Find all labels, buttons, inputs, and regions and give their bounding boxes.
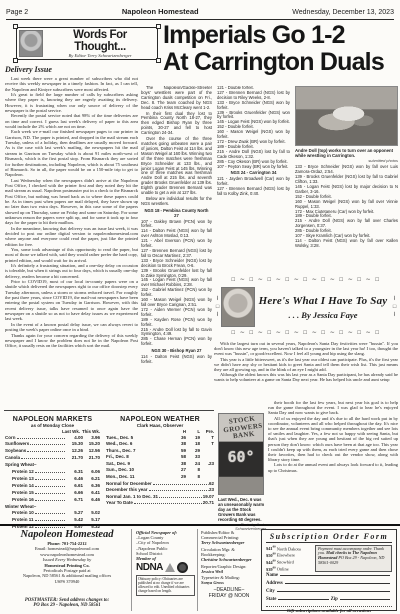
weather-summary-rows: Normal for December .62 December this ye… xyxy=(106,481,214,507)
commodity-label: Spring Wheat– xyxy=(5,462,37,469)
bank-caption-text: Last Wed., Dec. 6 was an unseasonably wa… xyxy=(218,497,264,522)
staff-name: Terry Schwartzenberger xyxy=(201,540,257,545)
article-intro: The Napoleon/Gackle-Streeter boys' wrest… xyxy=(141,86,212,207)
dot-leader xyxy=(27,451,65,452)
this-week-price: 6.21 xyxy=(83,476,100,483)
dual-2-results-part2: 121 - Double forfeit.127 - Brennen Berna… xyxy=(217,86,290,169)
high-temp: 27 xyxy=(172,467,186,474)
wrestling-photo xyxy=(295,86,398,146)
markets-row: Protein 12 6.31 6.06 xyxy=(5,469,100,476)
precip-value: T xyxy=(200,435,214,442)
summary-label: Normal Jan. 1 to Dec. 31 xyxy=(106,494,158,501)
commodity-label: Sunflowers xyxy=(5,441,29,448)
footer-rule xyxy=(0,524,400,526)
dot-leader xyxy=(35,513,65,514)
weather-summary-row: Normal Jan. 1 to Dec. 31 19.07 xyxy=(106,494,214,501)
address-field-blank xyxy=(285,583,390,584)
weather-col-low: L xyxy=(186,429,200,434)
editorial-paragraph: In the meantime, knowing that delivery w… xyxy=(5,226,138,247)
staff-name: Christine Schwartzenberger xyxy=(201,557,257,562)
precip-value: .23 xyxy=(200,461,214,468)
opinion-column-header: □ ∼ □ ∼ □ ∼ □ ∼ □ ∼ □ ∼ □ ∼ □ ∼ □ ⌇ □ ⌇ … xyxy=(214,277,398,338)
ornament-border-right: ⌇ □ ⌇ xyxy=(391,295,398,319)
headline-line-2: At Carrington Duals xyxy=(163,49,398,76)
markets-row: Canola 21.70 21.70 xyxy=(5,455,100,462)
staff-entry: Publisher/Editor & Commercial Printing: … xyxy=(201,530,257,545)
weather-summary-row: Normal for December .62 xyxy=(106,481,214,488)
last-week-price: 6.31 xyxy=(66,469,83,476)
rate-line: $4400 Snowbird xyxy=(266,558,312,565)
markets-table: NAPOLEON MARKETS as of Monday Close Last… xyxy=(5,416,100,531)
deadline-notice: –DEADLINE– FRIDAY @ NOON xyxy=(201,587,257,599)
article-column-2: 121 - Double forfeit.127 - Brennen Berna… xyxy=(217,86,290,276)
markets-row: Protein 13 6.46 6.21 xyxy=(5,476,100,483)
precip-value xyxy=(200,467,214,474)
staff-list: Publisher/Editor & Commercial Printing: … xyxy=(201,530,257,585)
opinion-column-title: Here's What I Have To Say xyxy=(255,295,391,308)
precip-value xyxy=(200,448,214,455)
rate-line: $4100 North Dakota xyxy=(266,545,312,552)
official-items: –Logan County–City of Napoleon–Napoleon … xyxy=(136,535,195,556)
dual-3-results-part2: 133 - Bryce Schneider (NGS) won by fall … xyxy=(295,165,398,248)
weather-day: Sun., Dec. 10 xyxy=(106,467,172,474)
dot-leader xyxy=(35,493,65,494)
markets-row: Soybeans 12.26 12.56 xyxy=(5,448,100,455)
weather-day: Thurs., Dec. 7 xyxy=(106,448,172,455)
masthead-staff-block: Publisher/Editor & Commercial Printing: … xyxy=(197,529,259,611)
this-week-price: 21.70 xyxy=(83,455,100,462)
dot-leader xyxy=(149,490,207,491)
editorial-paragraph: Prior to COVID19, most of our local in-c… xyxy=(5,279,138,322)
weather-day: Wed., Dec. 6 xyxy=(106,441,172,448)
editorial-article: Delivery Issue Last week there were a gr… xyxy=(5,65,138,408)
bank-sign-photo: STOCK GROWERS BANK 60° xyxy=(218,413,264,495)
markets-row: Protein 14 6.61 6.36 xyxy=(5,483,100,490)
last-week-price: 21.70 xyxy=(66,455,83,462)
editorial-body: Last week there were a great number of s… xyxy=(5,76,138,349)
editorial-paragraph: In the event of a known postal delay iss… xyxy=(5,322,138,333)
newspaper-name: Napoleon Homestead xyxy=(122,7,199,16)
dot-leader xyxy=(30,444,65,445)
weather-summary-row: December this year .23 xyxy=(106,487,214,494)
ornament-corner-icon xyxy=(156,24,161,29)
low-temp: 29 xyxy=(186,448,200,455)
headline-line-1: Imperials Go 1-2 xyxy=(163,22,398,49)
markets-subtitle: as of Monday Close xyxy=(5,423,100,428)
commodity-label: Protein 13 xyxy=(12,476,34,483)
markets-column-headers: Last Wk. This Wk. xyxy=(5,429,100,434)
page-folio: Page 2 Napoleon Homestead Wednesday, Dec… xyxy=(6,6,394,20)
subscription-title: Subscription Order Form xyxy=(266,532,392,543)
editorial-paragraph: Last week there were a great number of s… xyxy=(5,76,138,92)
last-week-price: 12.26 xyxy=(66,448,83,455)
dual-1-results: 107 - Oakley Brown (PCN) won by forfeit.… xyxy=(141,220,212,348)
last-week-price: 5.27 xyxy=(66,510,83,517)
editorial-paragraph: Thanks again for your concern regarding … xyxy=(5,333,138,349)
opinion-column-byline: . . . By Jessica Faye xyxy=(255,310,391,320)
rate-price: $50 xyxy=(266,553,273,558)
precip-value: T xyxy=(200,441,214,448)
state-field-blank xyxy=(278,599,328,600)
commodity-label: Canola xyxy=(5,455,20,462)
dot-leader xyxy=(21,458,65,459)
match-result: 285 - Chase Hernan (PCN) won by forfeit. xyxy=(141,337,212,347)
summary-value: 19.07 xyxy=(203,494,214,501)
low-temp: 8 xyxy=(186,474,200,481)
dot-leader xyxy=(17,438,66,439)
ornament-border-left: ⌇ □ ⌇ xyxy=(214,295,221,319)
summary-value: .62 xyxy=(208,481,214,488)
ornament-corner-icon xyxy=(156,58,161,63)
opinion-paragraph: their booth for the last few years, but … xyxy=(268,400,398,416)
high-temp: 59 xyxy=(172,448,186,455)
dot-leader xyxy=(35,500,65,501)
column-title: Words For Thought... xyxy=(47,29,153,53)
rate-cents: 00 xyxy=(273,558,276,562)
rate-price: $39 xyxy=(266,567,273,572)
low-temp: 18 xyxy=(186,441,200,448)
this-week-price: 6.36 xyxy=(83,483,100,490)
rate-area: North Dakota xyxy=(277,546,301,551)
payment-note: Payment must accompany order. Thank you.… xyxy=(315,545,392,573)
page-number: Page 2 xyxy=(6,9,28,16)
rate-cents: 00 xyxy=(273,565,276,569)
rate-cents: 00 xyxy=(273,551,276,555)
name-field-label: Name xyxy=(266,572,278,580)
temperature-display: 60° xyxy=(219,448,263,466)
staff-entry: Reporter/Graphic Design: Jessica Weil xyxy=(201,564,257,574)
markets-row: Spring Wheat– xyxy=(5,462,100,469)
masthead-contact-block: Napoleon Homestead Phone: 701-754-2212 E… xyxy=(3,529,131,611)
rate-line: $3900 Online xyxy=(266,565,312,572)
commodity-label: Protein 16 xyxy=(12,497,34,504)
editorial-title: Delivery Issue xyxy=(5,65,138,75)
weather-day: Fri., Dec. 8 xyxy=(106,454,172,461)
staff-role: Circulation Mgr. & Bookkeeping: xyxy=(201,547,257,557)
rate-price: $41 xyxy=(266,546,273,551)
high-temp: 36 xyxy=(172,435,186,442)
masthead-usps: USPS 370940 xyxy=(3,579,131,584)
editorial-paragraph: Recently the postal service noted that 9… xyxy=(5,113,138,129)
commodity-label: Corn xyxy=(5,435,16,442)
staff-name: Jessica Weil xyxy=(201,569,257,574)
rate-price: $44 xyxy=(266,560,273,565)
association-seal-icon xyxy=(177,562,188,573)
match-result: 114 - Dalton Feist (NGS) won by forfeit. xyxy=(141,355,212,365)
dual-3-results-part1: 121 - Jayden Broadwell (Car) won by forf… xyxy=(217,177,290,197)
ndna-logo: NDNA xyxy=(136,565,163,570)
markets-title: NAPOLEON MARKETS xyxy=(5,416,100,423)
weather-col-precip: Pre. xyxy=(200,429,214,434)
column-byline: By Editor Terry Schwartzenberger xyxy=(47,53,153,58)
rate-area: Elsewhere xyxy=(277,553,295,558)
this-week-price: 6.46 xyxy=(83,497,100,504)
weather-subtitle: Clark Haas, Observer xyxy=(106,423,214,428)
weather-summary-row: Year To Date 20.71 xyxy=(106,500,214,507)
this-week-price: 5.02 xyxy=(83,510,100,517)
dot-leader xyxy=(35,520,65,521)
article-paragraph: Below are individual results for the NGS… xyxy=(141,197,212,207)
zip-field-label: Zip xyxy=(331,596,338,604)
address-field-label: Address xyxy=(266,580,283,588)
dual-1-header: NGS 18 - Pembina County North 27 xyxy=(143,209,210,219)
weather-row: Sun., Dec. 10 27 8 xyxy=(106,467,214,474)
last-week-price: 15.30 xyxy=(66,441,83,448)
commodity-label: Soybeans xyxy=(5,448,26,455)
ndna-mountain-icon xyxy=(165,563,175,572)
this-week-price: 6.41 xyxy=(83,490,100,497)
weather-day: Mon., Dec. 11 xyxy=(106,474,172,481)
opinion-paragraph: Although the oldest knows this was his l… xyxy=(214,372,398,382)
editorial-paragraph: You, some took advantage of this opportu… xyxy=(5,247,138,263)
subscription-rates: $4100 North Dakota $5000 Elsewhere $4400… xyxy=(266,545,312,573)
editorial-paragraph: It's definitely a frustrating situation,… xyxy=(5,263,138,279)
summary-label: December this year xyxy=(106,487,148,494)
rate-area: Online xyxy=(277,567,289,572)
low-temp: 24 xyxy=(186,461,200,468)
match-result: 127 - Brennen Bernard (NGS) lost by fall… xyxy=(217,187,290,197)
article-column-1: The Napoleon/Gackle-Streeter boys' wrest… xyxy=(141,86,212,392)
state-field-label: State xyxy=(266,596,276,604)
bank-photo-caption: Last Wed., Dec. 6 was an unseasonably wa… xyxy=(218,498,266,532)
postmaster-line-2: PO Box 29 - Napoleon, ND 58561 xyxy=(3,603,131,609)
high-temp: 58 xyxy=(172,454,186,461)
weather-table: NAPOLEON WEATHER Clark Haas, Observer H … xyxy=(106,416,214,507)
high-temp: 38 xyxy=(172,441,186,448)
markets-row: Winter Wheat– xyxy=(5,504,100,511)
low-temp: 8 xyxy=(186,467,200,474)
this-week-price: 12.56 xyxy=(83,448,100,455)
weather-row: Wed., Dec. 6 38 18 T xyxy=(106,441,214,448)
markets-row: Corn 4.00 3.96 xyxy=(5,435,100,442)
issue-date: Wednesday, December 13, 2023 xyxy=(292,9,394,16)
weather-row: Tues., Dec. 5 36 19 T xyxy=(106,435,214,442)
staff-name: Sonya Gross xyxy=(201,580,257,585)
gift-note: Gift subscriptions available for all occ… xyxy=(266,606,392,613)
ornament-corner-icon xyxy=(13,24,18,29)
commodity-label: Protein 12 xyxy=(12,469,34,476)
weather-row: Sat., Dec. 9 38 24 .23 xyxy=(106,461,214,468)
match-result: 114 - Dalton Feist (NGS) won by fall ove… xyxy=(295,239,398,249)
masthead-official-block: Official Newspaper of: –Logan County–Cit… xyxy=(131,529,197,611)
dot-leader xyxy=(159,497,202,498)
last-week-price: 6.46 xyxy=(66,476,83,483)
deadline-time: FRIDAY @ NOON xyxy=(201,593,257,599)
high-temp: 29 xyxy=(172,474,186,481)
wrestling-photo-credit: submitted photos xyxy=(295,159,398,164)
dot-leader xyxy=(134,503,202,504)
precip-value xyxy=(200,454,214,461)
article-paragraph: In their first dual they lost to Pembina… xyxy=(141,112,212,137)
dot-leader xyxy=(35,486,65,487)
last-week-price: 4.00 xyxy=(66,435,83,442)
ornament-border-top: □ ∼ □ ∼ □ ∼ □ ∼ □ ∼ □ ∼ □ ∼ □ ∼ □ xyxy=(214,277,398,284)
ornament-border-bottom: □ ∼ □ ∼ □ ∼ □ ∼ □ ∼ □ ∼ □ ∼ □ ∼ □ xyxy=(214,330,398,337)
summary-label: Year To Date xyxy=(106,500,133,507)
city-field-label: City xyxy=(266,588,275,596)
markets-rows: Corn 4.00 3.96 Sunflowers 15.30 15.20 So… xyxy=(5,435,100,532)
staff-entry: Typesetter & Mailing: Sonya Gross xyxy=(201,575,257,585)
last-week-price: 6.71 xyxy=(66,497,83,504)
rate-cents: 00 xyxy=(273,545,276,549)
weather-row: Thurs., Dec. 7 59 29 xyxy=(106,448,214,455)
summary-value: .23 xyxy=(208,487,214,494)
low-temp: 33 xyxy=(186,454,200,461)
weather-rows: Tues., Dec. 5 36 19 T Wed., Dec. 6 38 18… xyxy=(106,435,214,481)
dot-leader xyxy=(35,479,65,480)
opinion-paragraph: All of us enjoyed the day and it's due t… xyxy=(268,416,398,463)
editor-portrait-photo xyxy=(19,30,43,57)
article-column-3: Andre Doll (top) works to turn over an o… xyxy=(295,86,398,276)
editorial-paragraph: Last Wednesday when the newspapers didn'… xyxy=(5,178,138,226)
weather-column-headers: H L Pre. xyxy=(106,429,214,434)
masthead-title: Napoleon Homestead xyxy=(3,529,131,540)
obituary-policy: Obituary policy: Obituaries are publishe… xyxy=(136,575,195,596)
rate-line: $5000 Elsewhere xyxy=(266,551,312,558)
postmaster-notice: POSTMASTER: Send address changes to: PO … xyxy=(3,598,131,609)
this-week-price: 3.96 xyxy=(83,435,100,442)
markets-row: Protein 15 6.66 6.41 xyxy=(5,490,100,497)
commodity-label: Protein 14 xyxy=(12,483,34,490)
divider-rule xyxy=(4,410,214,411)
markets-col-this: This Wk. xyxy=(80,429,100,434)
markets-row: Protein 16 6.71 6.46 xyxy=(5,497,100,504)
this-week-price: 15.20 xyxy=(83,441,100,448)
dual-2-results-part1: 114 - Dalton Feist (NGS) won by forfeit. xyxy=(141,355,212,365)
editorial-paragraph: Each week we e-mail our finished newspap… xyxy=(5,129,138,177)
this-week-price: 6.06 xyxy=(83,469,100,476)
last-week-price: 6.66 xyxy=(66,490,83,497)
wrestling-photo-caption: Andre Doll (top) works to turn over an o… xyxy=(295,148,398,158)
weather-col-high: H xyxy=(172,429,186,434)
masthead: Napoleon Homestead Phone: 701-754-2212 E… xyxy=(3,529,397,611)
markets-row: Sunflowers 15.30 15.20 xyxy=(5,441,100,448)
commodity-label: Protein 15 xyxy=(12,490,34,497)
article-paragraph: Over the course of the three matches goi… xyxy=(141,137,212,196)
precip-value xyxy=(200,474,214,481)
main-headline: Imperials Go 1-2 At Carrington Duals xyxy=(163,22,398,76)
rate-area: Snowbird xyxy=(277,560,294,565)
opinion-paragraph: This year is a little bittersweet, as it… xyxy=(214,357,398,373)
ornament-corner-icon xyxy=(13,58,18,63)
bank-sign-text: STOCK GROWERS BANK xyxy=(218,414,264,443)
weather-day: Tues., Dec. 5 xyxy=(106,435,172,442)
editorial-paragraph: It's great to field the large number of … xyxy=(5,92,138,113)
markets-row: Protein 10 5.27 5.02 xyxy=(5,510,100,517)
columnist-portrait-photo xyxy=(221,287,255,327)
dot-leader xyxy=(35,472,65,473)
last-week-price: 6.61 xyxy=(66,483,83,490)
words-for-thought-header: Words For Thought... By Editor Terry Sch… xyxy=(16,27,158,60)
name-field-blank xyxy=(280,575,390,576)
zip-field-blank xyxy=(340,599,390,600)
subscription-form: Subscription Order Form $4100 North Dako… xyxy=(261,529,397,611)
commodity-label: Winter Wheat– xyxy=(5,504,36,511)
match-result: 107 - Peyton Seay (BR) won by forfeit. xyxy=(217,165,290,170)
summary-label: Normal for December xyxy=(106,481,152,488)
member-of-label: Member of xyxy=(136,556,195,561)
weather-title: NAPOLEON WEATHER xyxy=(106,416,214,423)
opinion-column-body: With the largest turn out in several yea… xyxy=(214,341,398,399)
summary-value: 20.71 xyxy=(203,500,214,507)
opinion-paragraph: Lots to do at the annual event and alway… xyxy=(268,462,398,472)
markets-col-last: Last Wk. xyxy=(60,429,80,434)
weather-day: Sat., Dec. 9 xyxy=(106,461,172,468)
dot-leader xyxy=(153,484,207,485)
opinion-paragraph: With the largest turn out in several yea… xyxy=(214,341,398,357)
city-field-blank xyxy=(277,591,390,592)
commodity-label: Protein 10 xyxy=(12,510,34,517)
low-temp: 19 xyxy=(186,435,200,442)
weather-row: Mon., Dec. 11 29 8 xyxy=(106,474,214,481)
staff-entry: Circulation Mgr. & Bookkeeping: Christin… xyxy=(201,547,257,562)
opinion-column-continued: their booth for the last few years, but … xyxy=(268,400,398,508)
weather-row: Fri., Dec. 8 58 33 xyxy=(106,454,214,461)
article-paragraph: The Napoleon/Gackle-Streeter boys' wrest… xyxy=(141,86,212,111)
high-temp: 38 xyxy=(172,461,186,468)
